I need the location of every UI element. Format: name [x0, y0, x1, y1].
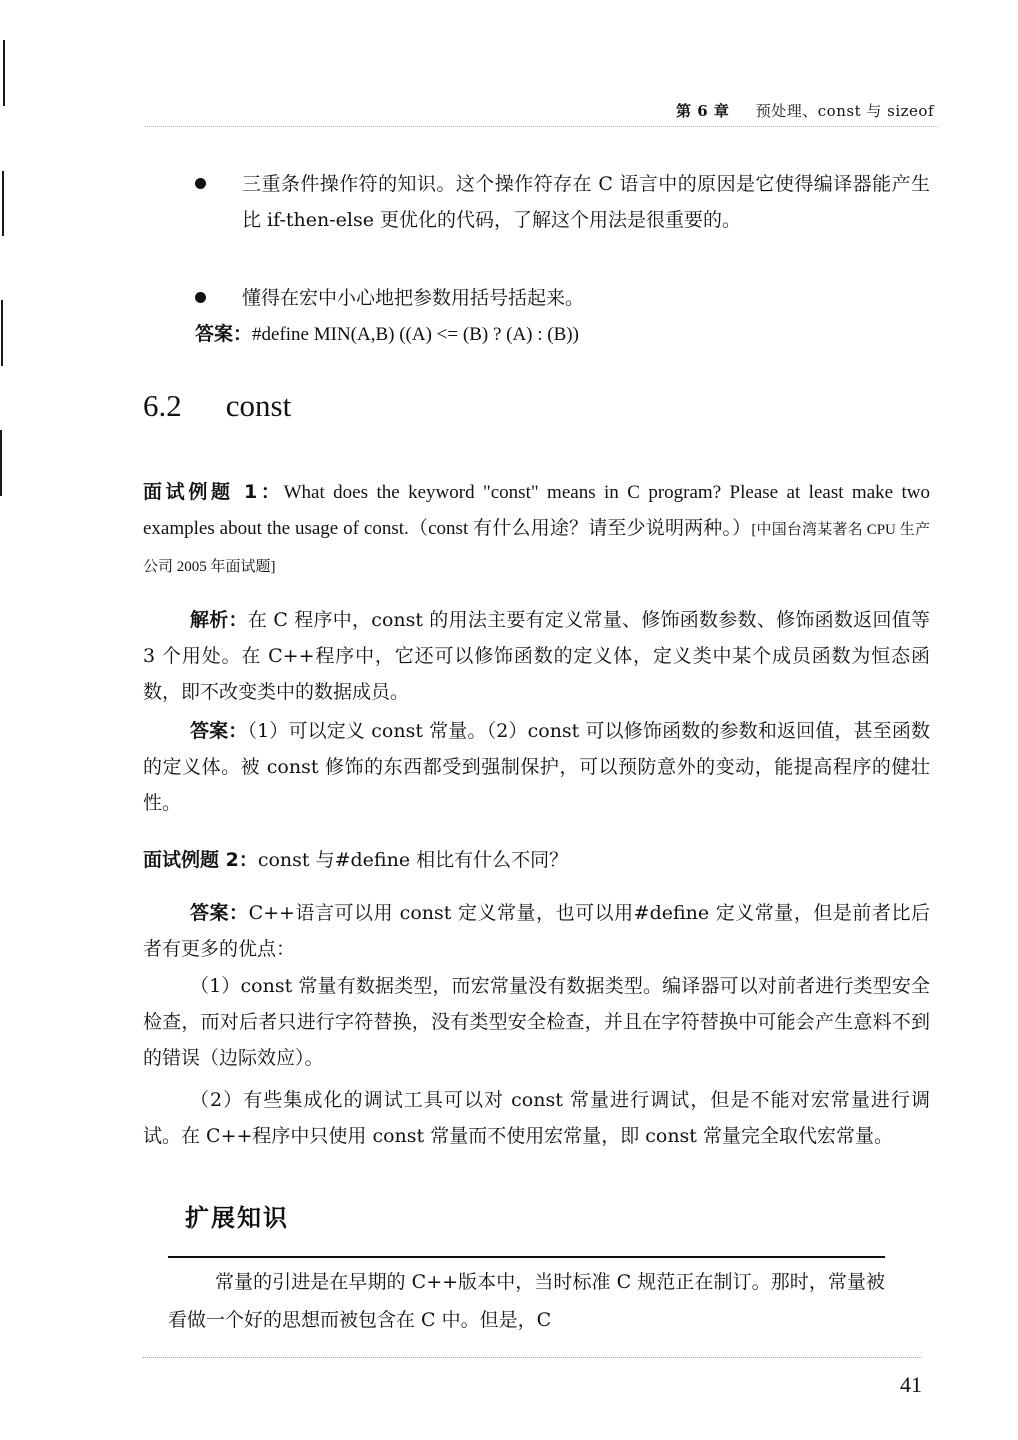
- chapter-title: 预处理、const 与 sizeof: [756, 102, 934, 120]
- scan-mark: [0, 430, 2, 496]
- analysis-label: 解析：: [190, 609, 248, 631]
- question-text: const 与#define 相比有什么不同？: [258, 849, 568, 871]
- answer-2: 答案：C++语言可以用 const 定义常量，也可以用#define 定义常量，…: [143, 895, 930, 967]
- bullet-item: 三重条件操作符的知识。这个操作符存在 C 语言中的原因是它使得编译器能产生比 i…: [195, 166, 930, 238]
- macro-answer: 答案：#define MIN(A,B) ((A) <= (B) ? (A) : …: [195, 316, 930, 353]
- section-number: 6.2: [143, 388, 182, 423]
- section-title: 6.2const: [143, 388, 291, 424]
- extended-heading: 扩展知识: [185, 1198, 289, 1233]
- footer-rule: [143, 1357, 922, 1358]
- question-2: 面试例题 2：const 与#define 相比有什么不同？: [143, 842, 930, 878]
- header-rule: [145, 126, 938, 127]
- answer-2-point-2: （2）有些集成化的调试工具可以对 const 常量进行调试，但是不能对宏常量进行…: [143, 1082, 930, 1154]
- analysis-text: 在 C 程序中，const 的用法主要有定义常量、修饰函数参数、修饰函数返回值等…: [143, 609, 930, 703]
- question-label: 面试例题 2：: [143, 849, 258, 871]
- answer-label: 答案：: [190, 720, 247, 742]
- scan-mark: [2, 171, 4, 236]
- bullet-text: 懂得在宏中小心地把参数用括号括起来。: [242, 280, 930, 316]
- answer-label: 答案：: [195, 323, 252, 345]
- extended-text: 常量的引进是在早期的 C++版本中，当时标准 C 规范正在制订。那时，常量被看做…: [168, 1263, 885, 1339]
- bullet-item: 懂得在宏中小心地把参数用括号括起来。: [195, 280, 930, 316]
- running-head: 第 6 章 预处理、const 与 sizeof: [676, 100, 934, 121]
- question-1: 面试例题 1：What does the keyword "const" mea…: [143, 474, 930, 585]
- answer-text: （1）可以定义 const 常量。（2）const 可以修饰函数的参数和返回值，…: [143, 720, 930, 814]
- page-number: 41: [900, 1372, 922, 1398]
- extended-rule: [168, 1256, 885, 1258]
- answer-text: C++语言可以用 const 定义常量，也可以用#define 定义常量，但是前…: [143, 902, 930, 960]
- section-name: const: [226, 388, 291, 423]
- scan-mark: [3, 40, 5, 106]
- chapter-label: 第 6 章: [676, 102, 729, 120]
- bullet-text: 三重条件操作符的知识。这个操作符存在 C 语言中的原因是它使得编译器能产生比 i…: [242, 166, 930, 238]
- answer-code: #define MIN(A,B) ((A) <= (B) ? (A) : (B)…: [252, 324, 579, 345]
- analysis-1: 解析：在 C 程序中，const 的用法主要有定义常量、修饰函数参数、修饰函数返…: [143, 602, 930, 710]
- answer-2-point-1: （1）const 常量有数据类型，而宏常量没有数据类型。编译器可以对前者进行类型…: [143, 968, 930, 1076]
- answer-1: 答案：（1）可以定义 const 常量。（2）const 可以修饰函数的参数和返…: [143, 713, 930, 821]
- answer-label: 答案：: [190, 902, 249, 924]
- bullet-dot-icon: [195, 292, 206, 303]
- bullet-dot-icon: [195, 178, 206, 189]
- question-label: 面试例题 1：: [143, 481, 284, 503]
- scan-mark: [1, 300, 3, 366]
